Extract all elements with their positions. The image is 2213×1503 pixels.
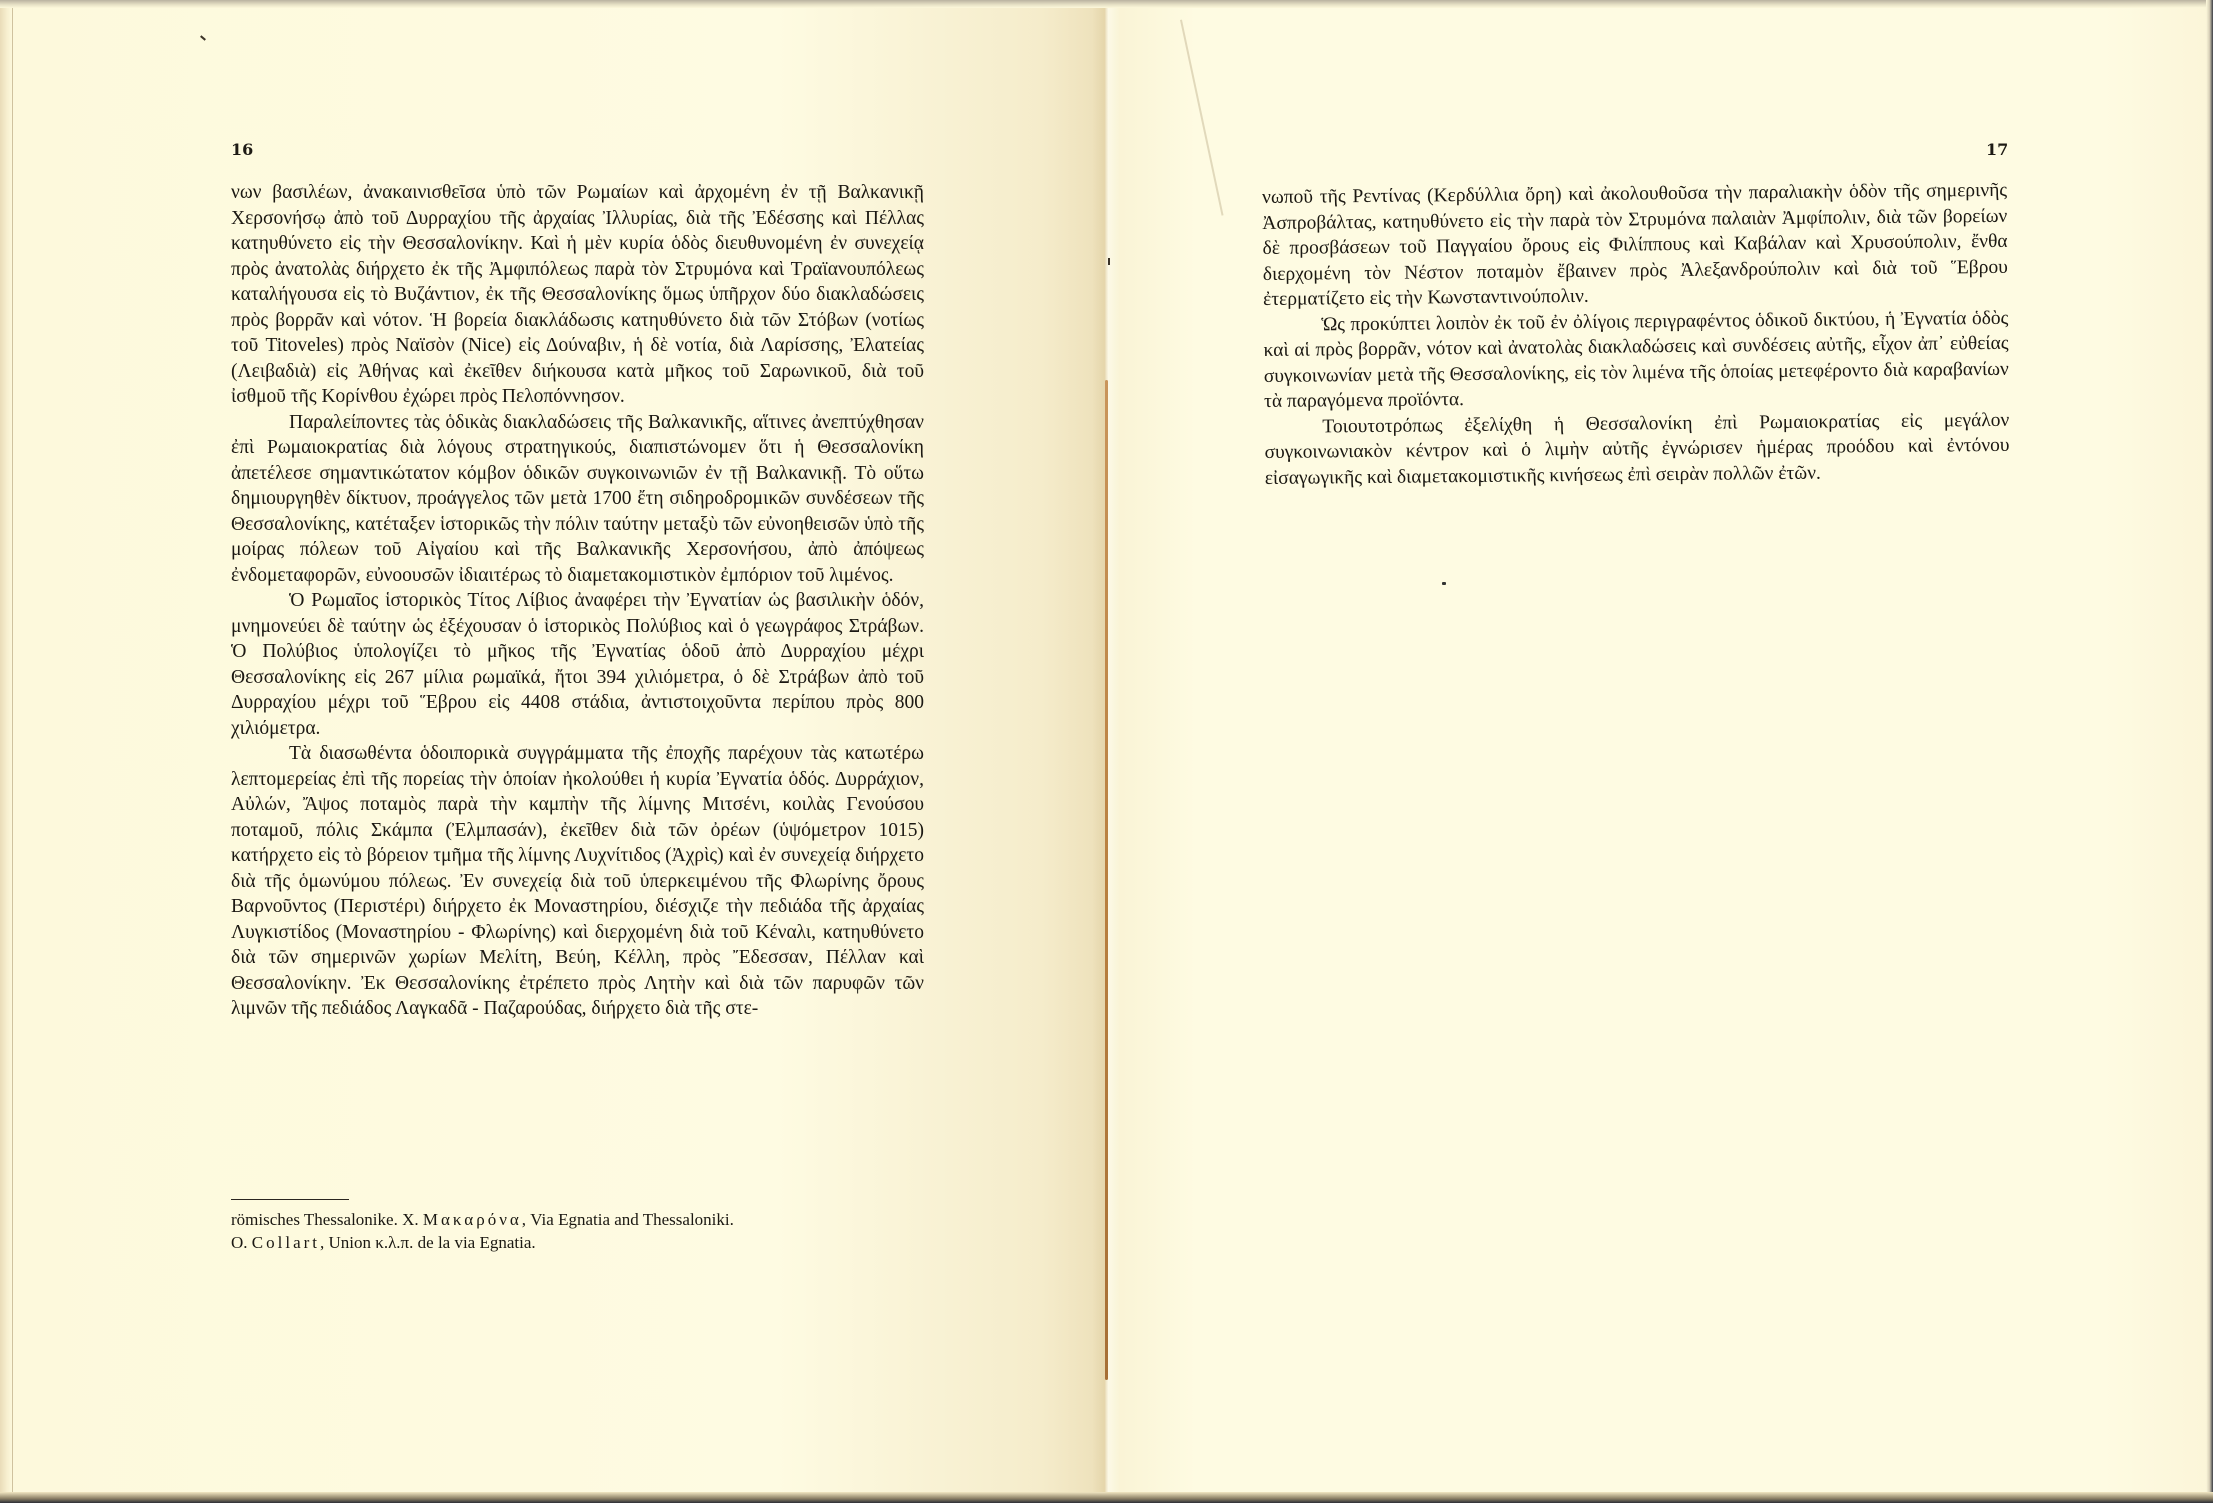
page-number-right: 17 [1986,140,2008,159]
paragraph: Ὡς προκύπτει λοιπὸν ἐκ τοῦ ἐν ὀλίγοις πε… [1263,305,2009,414]
top-edge [0,0,2213,8]
paragraph: νων βασιλέων, ἀνακαινισθεῖσα ὑπὸ τῶν Ρωμ… [231,180,924,410]
paper-speck [1108,258,1110,265]
paragraph: Παραλείποντες τὰς ὁδικὰς διακλαδώσεις τῆ… [231,410,924,589]
ink-mark [1442,582,1446,585]
footnote-text: , Via Egnatia and Thessaloniki. [522,1210,734,1229]
bottom-edge [0,1492,2213,1503]
left-page-body: νων βασιλέων, ἀνακαινισθεῖσα ὑπὸ τῶν Ρωμ… [231,180,924,1022]
page-number-left: 16 [231,140,253,159]
footnotes: römisches Thessalonike. X. Μακαρόνα, Via… [231,1208,924,1254]
book-spread: 16 νων βασιλέων, ἀνακαινισθεῖσα ὑπὸ τῶν … [0,0,2213,1503]
binding-thread [1105,380,1108,1380]
footnote-divider [231,1199,349,1200]
footnote-line: römisches Thessalonike. X. Μακαρόνα, Via… [231,1208,924,1231]
footnote-text: O. [231,1233,252,1252]
footnote-author: Collart [252,1233,320,1252]
paragraph: νωποῦ τῆς Ρεντίνας (Κερδύλλια ὄρη) καὶ ἀ… [1262,178,2008,313]
paragraph: Ὁ Ρωμαῖος ἱστορικὸς Τίτος Λίβιος ἀναφέρε… [231,588,924,741]
right-page-body: νωποῦ τῆς Ρεντίνας (Κερδύλλια ὄρη) καὶ ἀ… [1262,178,2010,491]
left-edge [0,0,13,1503]
footnote-text: , Union κ.λ.π. de la via Egnatia. [320,1233,536,1252]
paragraph: Τοιουτοτρόπως ἐξελίχθη ἡ Θεσσαλονίκη ἐπὶ… [1264,407,2010,491]
right-edge [2206,0,2213,1503]
footnote-author: Μακαρόνα [423,1210,522,1229]
footnote-line: O. Collart, Union κ.λ.π. de la via Egnat… [231,1231,924,1254]
footnote-text: römisches Thessalonike. X. [231,1210,423,1229]
paragraph: Τὰ διασωθέντα ὁδοιπορικὰ συγγράμματα τῆς… [231,741,924,1022]
